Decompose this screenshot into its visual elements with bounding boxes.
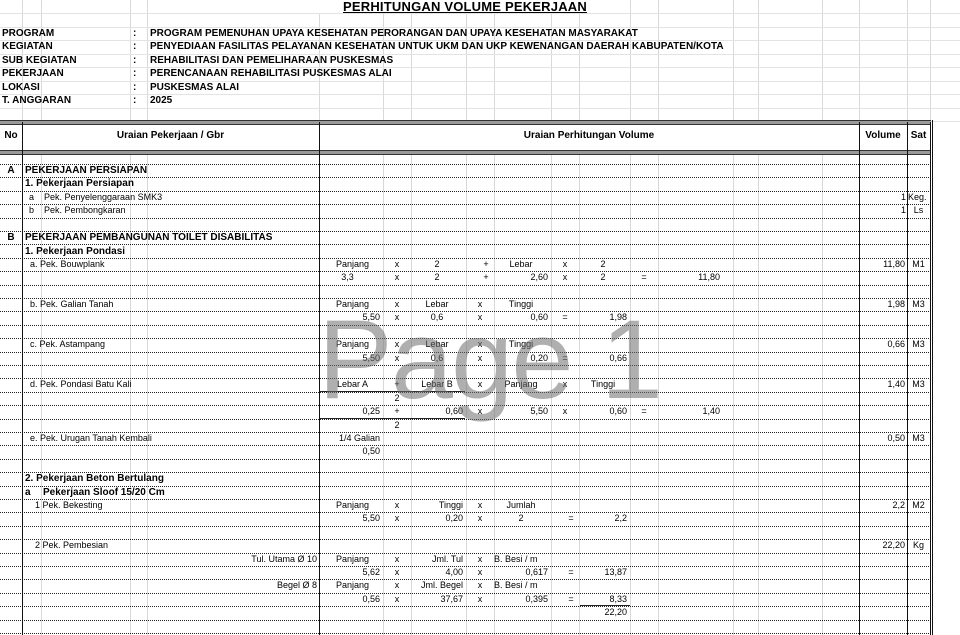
meta-value-anggaran: 2025	[150, 94, 172, 107]
formula-term: x	[383, 579, 411, 592]
calc-term: x	[383, 352, 411, 365]
calc-term: 0,25	[325, 405, 380, 418]
item-sat: M1	[907, 258, 930, 271]
calc-term: 3,3	[325, 271, 370, 284]
calc-term: x	[466, 405, 494, 418]
formula-term: Jml. Tul	[411, 553, 463, 566]
calc-term: x	[466, 311, 494, 324]
item-volume: 1,98	[859, 298, 905, 311]
item-label: b. Pek. Galian Tanah	[30, 298, 310, 311]
formula-term: x	[466, 298, 494, 311]
formula-term: x	[466, 338, 494, 351]
formula-term: Lebar B	[411, 378, 463, 391]
formula-term: +	[383, 378, 411, 391]
item-index: b	[22, 204, 41, 217]
header-perhitungan: Uraian Perhitungan Volume	[319, 122, 859, 149]
formula-term: Panjang	[325, 258, 380, 271]
meta-label-anggaran: T. ANGGARAN	[2, 94, 71, 107]
calc-term: +	[383, 405, 411, 418]
calc-term: 0,60	[579, 405, 627, 418]
calc-term: x	[466, 593, 494, 606]
meta-value-pekerjaan: PERENCANAAN REHABILITASI PUSKESMAS ALAI	[150, 67, 392, 80]
formula-term: Lebar A	[325, 378, 380, 391]
meta-sep: :	[133, 67, 136, 80]
item-sat: M3	[907, 298, 930, 311]
calc-term: 5,50	[494, 405, 548, 418]
row-no: A	[0, 164, 22, 177]
calc-term: 5,62	[325, 566, 380, 579]
calc-term: 0,50	[325, 445, 380, 458]
formula-term: x	[551, 378, 579, 391]
formula-term: Panjang	[325, 553, 380, 566]
item-volume: 1	[859, 191, 906, 204]
calc-term: x	[383, 566, 411, 579]
row-no: B	[0, 231, 22, 244]
formula-term: Tinggi	[411, 499, 463, 512]
meta-sep: :	[133, 94, 136, 107]
section-title: PEKERJAAN PEMBANGUNAN TOILET DISABILITAS	[25, 231, 272, 244]
meta-value-program: PROGRAM PEMENUHAN UPAYA KESEHATAN PERORA…	[150, 27, 638, 40]
meta-sep: :	[133, 54, 136, 67]
item-volume: 1	[859, 204, 906, 217]
calc-term: 2	[411, 271, 463, 284]
formula-term: Jumlah	[494, 499, 548, 512]
item-label: e. Pek. Urugan Tanah Kembali	[30, 432, 310, 445]
item-label: c. Pek. Astampang	[30, 338, 310, 351]
formula-term: Panjang	[325, 499, 380, 512]
meta-sep: :	[133, 27, 136, 40]
formula-term: Tinggi	[494, 298, 548, 311]
calc-term: =	[551, 311, 579, 324]
item-sat: M2	[907, 499, 930, 512]
calc-term: 0,20	[411, 512, 463, 525]
item-sat: Kg	[907, 539, 930, 552]
subsection-title: Pekerjaan Sloof 15/20 Cm	[43, 486, 313, 499]
calc-term: 0,20	[494, 352, 548, 365]
item-label: 2 Pek. Pembesian	[35, 539, 315, 552]
meta-sep: :	[133, 40, 136, 53]
calc-term: x	[383, 512, 411, 525]
calc-term: 1,40	[658, 405, 720, 418]
formula-term: 2	[411, 258, 463, 271]
item-sat: M3	[907, 338, 930, 351]
calc-term: x	[551, 271, 579, 284]
calc-term: 0,66	[579, 352, 627, 365]
fraction-line	[320, 418, 465, 419]
meta-label-sub-kegiatan: SUB KEGIATAN	[2, 54, 77, 67]
calc-term: x	[466, 512, 494, 525]
formula-term: x	[551, 258, 579, 271]
rebar-label: Tul. Utama Ø 10	[150, 553, 317, 566]
calc-term: 0,6	[411, 311, 463, 324]
header-volume: Volume	[859, 122, 907, 149]
calc-term: x	[466, 566, 494, 579]
formula-term: x	[466, 579, 494, 592]
item-volume: 0,50	[859, 432, 905, 445]
formula-term: Tinggi	[579, 378, 627, 391]
subsection-title: 2. Pekerjaan Beton Bertulang	[25, 472, 315, 485]
formula-term: B. Besi / m	[494, 579, 554, 592]
item-volume: 2,2	[859, 499, 905, 512]
calc-term: 13,87	[579, 566, 627, 579]
formula-term: Jml. Begel	[411, 579, 463, 592]
formula-term: Lebar	[494, 258, 548, 271]
calc-term: 0,6	[411, 352, 463, 365]
item-sat: M3	[907, 432, 930, 445]
meta-label-kegiatan: KEGIATAN	[2, 40, 53, 53]
formula-term: x	[466, 553, 494, 566]
formula-term: x	[466, 499, 494, 512]
spreadsheet: PERHITUNGAN VOLUME PEKERJAAN PROGRAM : P…	[0, 0, 960, 635]
item-label: Pek. Pembongkaran	[44, 204, 126, 217]
calc-term: 5,50	[325, 352, 380, 365]
item-label: Pek. Penyelenggaraan SMK3	[44, 191, 162, 204]
calc-term: 1,98	[579, 311, 627, 324]
formula-term: Tinggi	[494, 338, 548, 351]
meta-value-sub-kegiatan: REHABILITASI DAN PEMELIHARAAN PUSKESMAS	[150, 54, 393, 67]
item-label: a. Pek. Bouwplank	[30, 258, 310, 271]
section-title: PEKERJAAN PERSIAPAN	[25, 164, 147, 177]
calc-term: x	[383, 311, 411, 324]
item-label: d. Pek. Pondasi Batu Kali	[30, 378, 310, 391]
calc-term: 2	[579, 271, 627, 284]
fraction-denominator: 2	[383, 392, 411, 405]
calc-term: 4,00	[411, 566, 463, 579]
calc-term: x	[383, 593, 411, 606]
calc-term: x	[551, 405, 579, 418]
formula-term: Lebar	[411, 298, 463, 311]
meta-label-lokasi: LOKASI	[2, 81, 40, 94]
meta-sep: :	[133, 81, 136, 94]
formula-term: x	[383, 298, 411, 311]
calc-term: x	[383, 271, 411, 284]
rebar-label: Begel Ø 8	[150, 579, 317, 592]
calc-term: 2,60	[494, 271, 548, 284]
meta-value-kegiatan: PENYEDIAAN FASILITAS PELAYANAN KESEHATAN…	[150, 40, 724, 53]
header-uraian: Uraian Pekerjaan / Gbr	[22, 122, 319, 149]
calc-term: =	[630, 405, 658, 418]
formula-term: x	[383, 553, 411, 566]
calc-term: =	[551, 352, 579, 365]
formula-term: Panjang	[325, 579, 380, 592]
calc-term: 0,56	[325, 593, 380, 606]
item-volume: 1,40	[859, 378, 905, 391]
item-sat: Ls	[907, 204, 930, 217]
calc-term: 0,617	[494, 566, 548, 579]
formula-term: Panjang	[494, 378, 548, 391]
calc-term: 0,60	[411, 405, 463, 418]
fraction-denominator: 2	[383, 419, 411, 432]
calc-term: 0,60	[494, 311, 548, 324]
calc-term: =	[630, 271, 658, 284]
calc-term: 11,80	[658, 271, 720, 284]
meta-value-lokasi: PUSKESMAS ALAI	[150, 81, 239, 94]
formula-term: x	[383, 499, 411, 512]
formula-term: B. Besi / m	[494, 553, 554, 566]
subtotal: 22,20	[579, 606, 627, 619]
header-no: No	[0, 122, 22, 149]
item-volume: 0,66	[859, 338, 905, 351]
meta-label-program: PROGRAM	[2, 27, 54, 40]
calc-term: 5,50	[325, 512, 380, 525]
calc-term: 5,50	[325, 311, 380, 324]
fraction-line	[320, 391, 465, 392]
formula-term: 2	[579, 258, 627, 271]
item-volume: 22,20	[859, 539, 905, 552]
formula-term: x	[383, 258, 411, 271]
item-index: a	[22, 191, 41, 204]
page-title: PERHITUNGAN VOLUME PEKERJAAN	[0, 0, 930, 14]
meta-label-pekerjaan: PEKERJAAN	[2, 67, 64, 80]
formula-term: 1/4 Galian	[325, 432, 380, 445]
item-index: a	[25, 486, 40, 499]
item-label: 1 Pek. Bekesting	[35, 499, 315, 512]
calc-term: 2	[494, 512, 548, 525]
subsection-title: 1. Pekerjaan Persiapan	[25, 177, 134, 190]
formula-term: Panjang	[325, 298, 380, 311]
header-sat: Sat	[907, 122, 930, 149]
formula-term: Lebar	[411, 338, 463, 351]
calc-term: x	[466, 352, 494, 365]
formula-term: x	[466, 378, 494, 391]
formula-term: x	[383, 338, 411, 351]
item-sat: M3	[907, 378, 930, 391]
subsection-title: 1. Pekerjaan Pondasi	[25, 245, 125, 258]
calc-term: 37,67	[411, 593, 463, 606]
calc-term: 0,395	[494, 593, 548, 606]
calc-term: 2,2	[579, 512, 627, 525]
formula-term: Panjang	[325, 338, 380, 351]
item-volume: 11,80	[859, 258, 905, 271]
item-sat: Keg.	[908, 191, 927, 204]
